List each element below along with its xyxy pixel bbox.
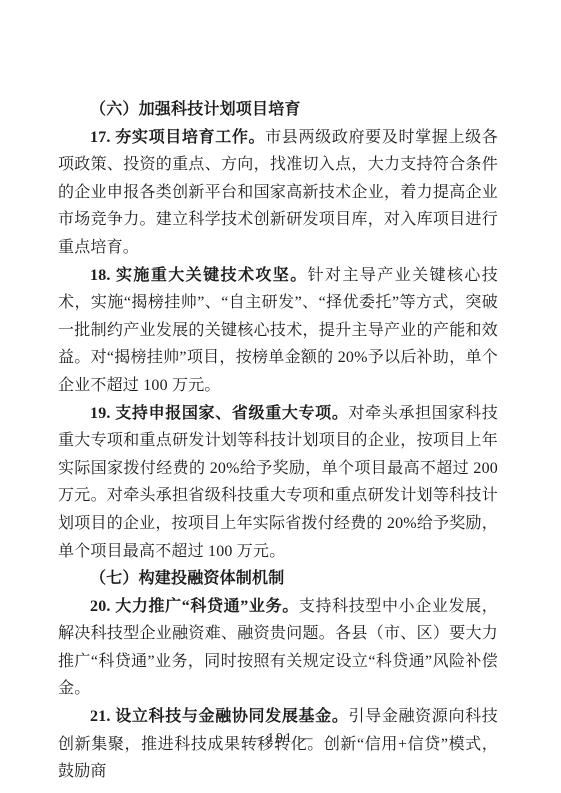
document-body: （六）加强科技计划项目培育 17. 夯实项目培育工作。市县两级政府要及时掌握上级… xyxy=(58,96,498,786)
paragraph-17-body: 市县两级政府要及时掌握上级各项政策、投资的重点、方向，找准切入点，大力支持符合条… xyxy=(58,129,498,256)
paragraph-17-lead: 17. 夯实项目培育工作。 xyxy=(90,129,265,146)
section-heading-7: （七）构建投融资体制机制 xyxy=(58,565,498,593)
paragraph-18-body: 针对主导产业关键核心技术，实施“揭榜挂帅”、“自主研发”、“择优委托”等方式，突… xyxy=(58,267,498,394)
section-heading-6: （六）加强科技计划项目培育 xyxy=(58,96,498,124)
paragraph-18-lead: 18. 实施重大关键技术攻坚。 xyxy=(90,267,308,284)
paragraph-21-lead: 21. 设立科技与金融协同发展基金。 xyxy=(90,708,349,725)
paragraph-19: 19. 支持申报国家、省级重大专项。对牵头承担国家科技重大专项和重点研发计划等科… xyxy=(58,400,498,566)
paragraph-19-body: 对牵头承担国家科技重大专项和重点研发计划等科技计划项目的企业，按项目上年实际国家… xyxy=(58,405,498,560)
paragraph-19-lead: 19. 支持申报国家、省级重大专项。 xyxy=(90,405,349,422)
paragraph-20-lead: 20. 大力推广“科贷通”业务。 xyxy=(90,598,299,615)
page-number: — 191 — xyxy=(0,730,561,746)
document-page: （六）加强科技计划项目培育 17. 夯实项目培育工作。市县两级政府要及时掌握上级… xyxy=(0,0,561,793)
paragraph-20: 20. 大力推广“科贷通”业务。支持科技型中小企业发展，解决科技型企业融资难、融… xyxy=(58,593,498,703)
paragraph-17: 17. 夯实项目培育工作。市县两级政府要及时掌握上级各项政策、投资的重点、方向，… xyxy=(58,124,498,262)
paragraph-18: 18. 实施重大关键技术攻坚。针对主导产业关键核心技术，实施“揭榜挂帅”、“自主… xyxy=(58,262,498,400)
